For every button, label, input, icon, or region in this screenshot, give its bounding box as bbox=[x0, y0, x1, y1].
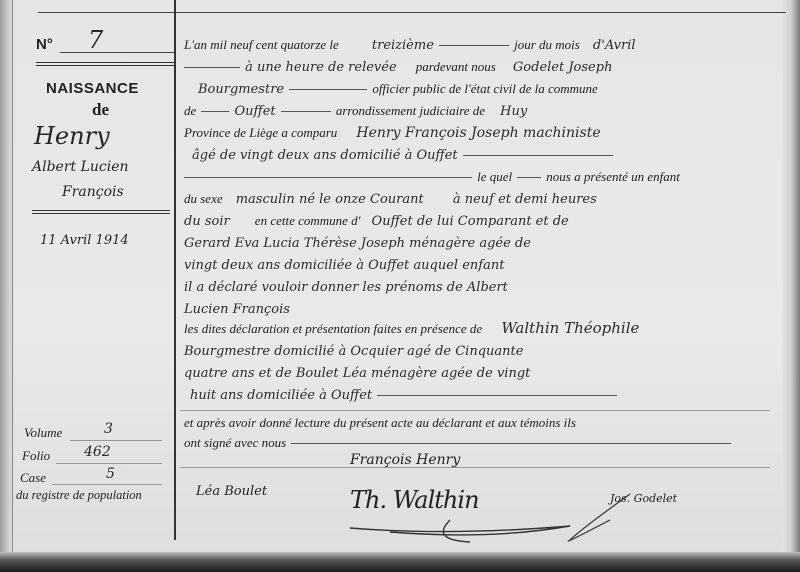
blank-line bbox=[517, 176, 541, 178]
handwritten-declarant-details: âgé de vingt deux ans domicilié à Ouffet bbox=[192, 148, 458, 163]
act-type-de: de bbox=[92, 100, 109, 120]
handwritten-birth-time: à neuf et demi heures bbox=[453, 192, 597, 207]
folio-underline bbox=[56, 463, 162, 464]
blank-line bbox=[439, 44, 509, 46]
handwritten-mother-details: vingt deux ans domiciliée à Ouffet auque… bbox=[184, 258, 504, 273]
act-number-label: N° bbox=[36, 36, 53, 53]
handwritten-given-names: Lucien François bbox=[184, 302, 290, 317]
printed-text: les dites déclaration et présentation fa… bbox=[184, 321, 482, 336]
body-line-6: âgé de vingt deux ans domicilié à Ouffet bbox=[184, 144, 764, 166]
printed-text: Province de Liège a comparu bbox=[184, 125, 337, 140]
ruled-line bbox=[180, 410, 770, 411]
body-line-18: et après avoir donné lecture du présent … bbox=[184, 412, 764, 434]
handwritten-witness-1-details: Bourgmestre domicilié à Ocquier agé de C… bbox=[184, 344, 523, 359]
body-line-14: les dites déclaration et présentation fa… bbox=[184, 318, 764, 340]
handwritten-commune: Ouffet bbox=[234, 104, 275, 119]
handwritten-mother-intro: Ouffet de lui Comparant et de bbox=[372, 214, 569, 229]
margin-vertical-rule bbox=[174, 0, 176, 540]
signature-officer: Jos. Godelet bbox=[610, 492, 677, 505]
printed-text: arrondissement judiciaire de bbox=[336, 103, 485, 118]
blank-line bbox=[281, 110, 331, 112]
printed-text: de bbox=[184, 103, 196, 118]
folio-value: 462 bbox=[84, 444, 111, 460]
body-line-10: Gerard Eva Lucia Thérèse Joseph ménagère… bbox=[184, 232, 764, 254]
body-line-9: du soir en cette commune d' Ouffet de lu… bbox=[184, 210, 764, 232]
handwritten-mother: Gerard Eva Lucia Thérèse Joseph ménagère… bbox=[184, 236, 531, 251]
act-number-value: 7 bbox=[88, 26, 103, 54]
case-value: 5 bbox=[106, 466, 115, 482]
handwritten-officer-title: Bourgmestre bbox=[198, 82, 284, 97]
volume-value: 3 bbox=[104, 421, 113, 437]
register-page: N° 7 NAISSANCE de Henry Albert Lucien Fr… bbox=[0, 0, 800, 560]
body-line-11: vingt deux ans domiciliée à Ouffet auque… bbox=[184, 254, 764, 276]
body-top-rule bbox=[176, 12, 786, 13]
printed-text: nous a présenté un enfant bbox=[546, 169, 680, 184]
printed-text: le quel bbox=[477, 169, 512, 184]
child-given-names-2: François bbox=[62, 184, 124, 200]
blank-line bbox=[201, 110, 229, 112]
body-line-19: ont signé avec nous bbox=[184, 432, 764, 454]
child-given-names-1: Albert Lucien bbox=[32, 159, 129, 175]
case-underline bbox=[52, 484, 162, 485]
ruled-line bbox=[180, 467, 770, 468]
body-line-7: le quel nous a présenté un enfant bbox=[184, 166, 764, 188]
blank-line bbox=[377, 394, 617, 396]
signature-witness-1: Léa Boulet bbox=[196, 484, 267, 499]
handwritten-witness-2: quatre ans et de Boulet Léa ménagère agé… bbox=[184, 366, 530, 381]
page-bottom-edge bbox=[0, 552, 800, 572]
handwritten-witness-2-details: huit ans domiciliée à Ouffet bbox=[190, 388, 372, 403]
blank-line bbox=[463, 154, 613, 156]
handwritten-day: treizième bbox=[372, 38, 434, 53]
body-line-5: Province de Liège a comparu Henry Franço… bbox=[184, 122, 764, 144]
volume-label: Volume bbox=[24, 425, 62, 441]
margin-top-rule bbox=[38, 12, 174, 13]
folio-label: Folio bbox=[22, 448, 50, 464]
handwritten-witness-1: Walthin Théophile bbox=[501, 319, 639, 337]
printed-text: en cette commune d' bbox=[255, 213, 361, 228]
body-line-12: il a déclaré vouloir donner les prénoms … bbox=[184, 276, 764, 298]
blank-line bbox=[289, 88, 367, 90]
number-underline bbox=[60, 52, 174, 53]
handwritten-names-declaration: il a déclaré vouloir donner les prénoms … bbox=[184, 280, 508, 295]
body-line-2: à une heure de relevée pardevant nous Go… bbox=[184, 56, 764, 78]
body-line-16: quatre ans et de Boulet Léa ménagère agé… bbox=[184, 362, 764, 384]
handwritten-birth-info: masculin né le onze Courant bbox=[236, 192, 424, 207]
page-right-edge bbox=[782, 0, 800, 560]
blank-line bbox=[184, 66, 240, 68]
body-line-4: de Ouffet arrondissement judiciaire de H… bbox=[184, 100, 764, 122]
binding-rule bbox=[12, 0, 13, 560]
case-label: Case bbox=[20, 470, 46, 486]
printed-text: L'an mil neuf cent quatorze le bbox=[184, 37, 339, 52]
handwritten-officer-name: Godelet Joseph bbox=[513, 60, 613, 75]
blank-line bbox=[291, 442, 731, 444]
body-line-17: huit ans domiciliée à Ouffet bbox=[184, 384, 764, 406]
handwritten-evening: du soir bbox=[184, 214, 230, 229]
margin-double-rule-1 bbox=[36, 62, 174, 66]
printed-text: ont signé avec nous bbox=[184, 435, 286, 450]
signature-flourish bbox=[330, 480, 690, 550]
margin-double-rule-2 bbox=[32, 210, 170, 214]
handwritten-declarant: Henry François Joseph machiniste bbox=[356, 125, 600, 141]
printed-text: jour du mois bbox=[514, 37, 580, 52]
printed-text: officier public de l'état civil de la co… bbox=[372, 81, 598, 96]
child-surname: Henry bbox=[34, 122, 110, 150]
act-type-heading: NAISSANCE bbox=[46, 80, 139, 97]
body-line-8: du sexe masculin né le onze Courant à ne… bbox=[184, 188, 764, 210]
body-line-15: Bourgmestre domicilié à Ocquier agé de C… bbox=[184, 340, 764, 362]
body-line-1: L'an mil neuf cent quatorze le treizième… bbox=[184, 34, 764, 56]
birth-date: 11 Avril 1914 bbox=[40, 233, 129, 248]
signature-declarant: François Henry bbox=[350, 452, 460, 468]
body-line-3: Bourgmestre officier public de l'état ci… bbox=[184, 78, 764, 100]
printed-text: pardevant nous bbox=[416, 59, 496, 74]
handwritten-arrondissement: Huy bbox=[500, 104, 527, 119]
blank-line bbox=[184, 176, 472, 178]
printed-text: et après avoir donné lecture du présent … bbox=[184, 415, 576, 430]
volume-underline bbox=[70, 440, 162, 441]
handwritten-month: d'Avril bbox=[593, 38, 636, 53]
body-line-13: Lucien François bbox=[184, 298, 764, 320]
handwritten-time: à une heure de relevée bbox=[245, 60, 397, 75]
register-footer: du registre de population bbox=[16, 488, 142, 503]
printed-text: du sexe bbox=[184, 191, 223, 206]
